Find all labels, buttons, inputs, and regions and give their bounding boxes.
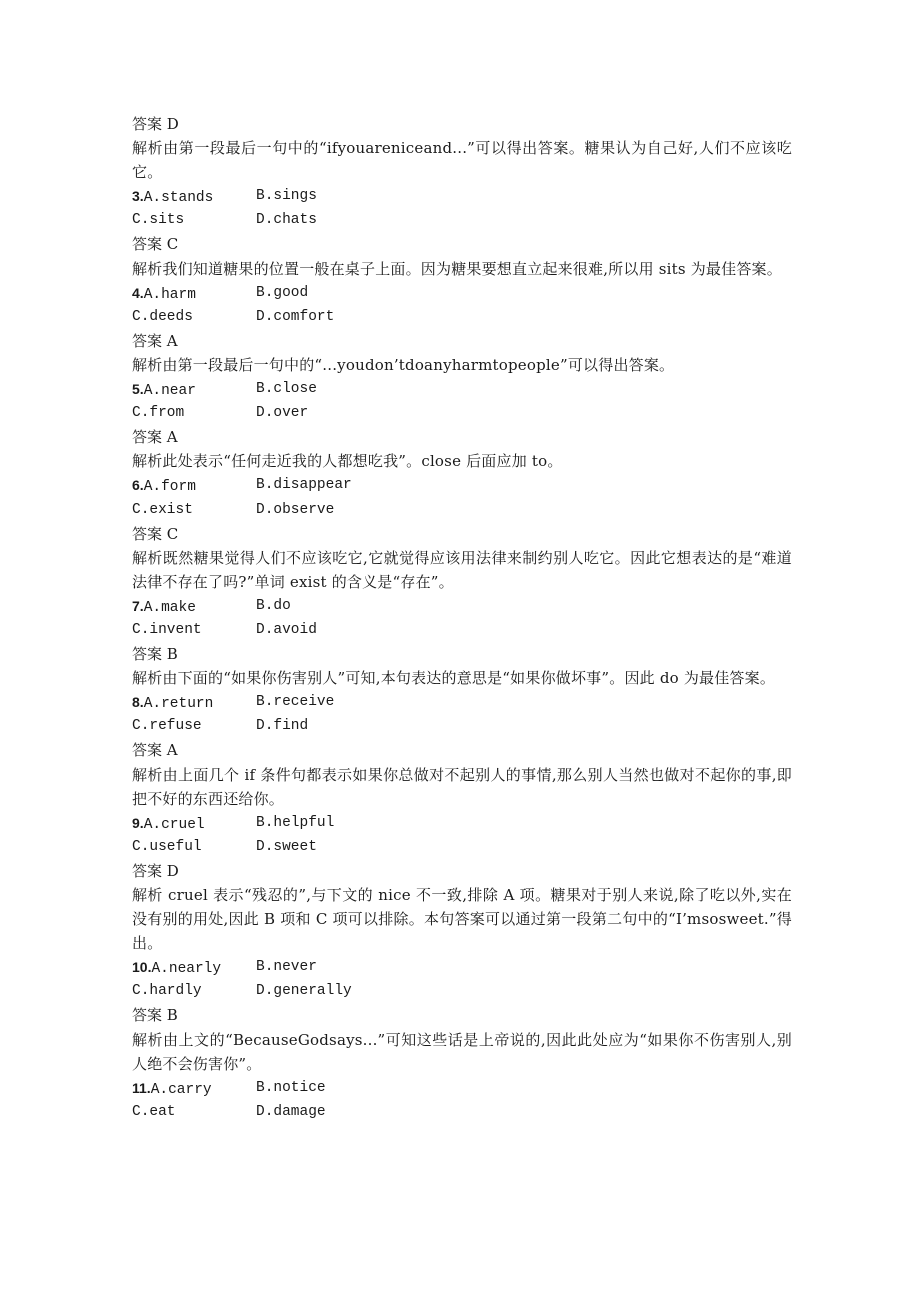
answer-label: 答案 C bbox=[132, 522, 792, 546]
question-7-options-row-2: C.invent D.avoid bbox=[132, 618, 792, 642]
question-number: 3. bbox=[132, 188, 144, 204]
answer-label: 答案 B bbox=[132, 1003, 792, 1027]
option-c: C.deeds bbox=[132, 305, 256, 329]
option-b: B.good bbox=[256, 281, 308, 305]
option-b: B.receive bbox=[256, 690, 334, 714]
question-6-options-row-2: C.exist D.observe bbox=[132, 498, 792, 522]
option-a: A.near bbox=[144, 383, 196, 399]
analysis-text: 解析由下面的“如果你伤害别人”可知,本句表达的意思是“如果你做坏事”。因此 do… bbox=[132, 666, 792, 690]
question-number: 4. bbox=[132, 285, 144, 301]
question-number: 7. bbox=[132, 598, 144, 614]
answer-label: 答案 B bbox=[132, 642, 792, 666]
question-11-options-row-1: 11.A.carry B.notice bbox=[132, 1076, 792, 1100]
option-b: B.do bbox=[256, 594, 291, 618]
question-7-options-row-1: 7.A.make B.do bbox=[132, 594, 792, 618]
option-d: D.over bbox=[256, 401, 308, 425]
question-9-options-row-2: C.useful D.sweet bbox=[132, 835, 792, 859]
option-c: C.eat bbox=[132, 1100, 256, 1124]
option-c: C.sits bbox=[132, 208, 256, 232]
option-d: D.damage bbox=[256, 1100, 326, 1124]
option-b: B.notice bbox=[256, 1076, 326, 1100]
option-c: C.exist bbox=[132, 498, 256, 522]
question-4-options-row-2: C.deeds D.comfort bbox=[132, 305, 792, 329]
option-a: A.make bbox=[144, 600, 196, 616]
option-a: A.cruel bbox=[144, 817, 205, 833]
option-b: B.disappear bbox=[256, 473, 352, 497]
option-d: D.comfort bbox=[256, 305, 334, 329]
answer-label: 答案 A bbox=[132, 425, 792, 449]
option-d: D.sweet bbox=[256, 835, 317, 859]
question-number: 9. bbox=[132, 815, 144, 831]
option-a: A.stands bbox=[144, 190, 214, 206]
question-11-options-row-2: C.eat D.damage bbox=[132, 1100, 792, 1124]
document-page: 答案 D 解析由第一段最后一句中的“ifyouareniceand...”可以得… bbox=[132, 112, 792, 1124]
option-a: A.return bbox=[144, 696, 214, 712]
answer-label: 答案 D bbox=[132, 112, 792, 136]
question-10-options-row-2: C.hardly D.generally bbox=[132, 979, 792, 1003]
question-number: 10. bbox=[132, 959, 151, 975]
option-c: C.hardly bbox=[132, 979, 256, 1003]
analysis-text: 解析由上文的“BecauseGodsays...”可知这些话是上帝说的,因此此处… bbox=[132, 1028, 792, 1076]
analysis-text: 解析既然糖果觉得人们不应该吃它,它就觉得应该用法律来制约别人吃它。因此它想表达的… bbox=[132, 546, 792, 594]
option-b: B.close bbox=[256, 377, 317, 401]
option-a: A.form bbox=[144, 479, 196, 495]
option-c: C.useful bbox=[132, 835, 256, 859]
question-5-options-row-1: 5.A.near B.close bbox=[132, 377, 792, 401]
option-c: C.invent bbox=[132, 618, 256, 642]
question-8-options-row-2: C.refuse D.find bbox=[132, 714, 792, 738]
question-3-options-row-1: 3.A.stands B.sings bbox=[132, 184, 792, 208]
question-number: 8. bbox=[132, 694, 144, 710]
option-a: A.harm bbox=[144, 287, 196, 303]
analysis-text: 解析我们知道糖果的位置一般在桌子上面。因为糖果要想直立起来很难,所以用 sits… bbox=[132, 257, 792, 281]
option-c: C.from bbox=[132, 401, 256, 425]
analysis-text: 解析此处表示“任何走近我的人都想吃我”。close 后面应加 to。 bbox=[132, 449, 792, 473]
option-d: D.chats bbox=[256, 208, 317, 232]
question-10-options-row-1: 10.A.nearly B.never bbox=[132, 955, 792, 979]
option-d: D.find bbox=[256, 714, 308, 738]
option-b: B.never bbox=[256, 955, 317, 979]
question-3-options-row-2: C.sits D.chats bbox=[132, 208, 792, 232]
question-5-options-row-2: C.from D.over bbox=[132, 401, 792, 425]
option-c: C.refuse bbox=[132, 714, 256, 738]
answer-label: 答案 D bbox=[132, 859, 792, 883]
option-a: A.carry bbox=[151, 1082, 212, 1098]
option-d: D.avoid bbox=[256, 618, 317, 642]
answer-label: 答案 A bbox=[132, 329, 792, 353]
question-9-options-row-1: 9.A.cruel B.helpful bbox=[132, 811, 792, 835]
question-number: 5. bbox=[132, 381, 144, 397]
question-6-options-row-1: 6.A.form B.disappear bbox=[132, 473, 792, 497]
analysis-text: 解析 cruel 表示“残忍的”,与下文的 nice 不一致,排除 A 项。糖果… bbox=[132, 883, 792, 955]
question-number: 6. bbox=[132, 477, 144, 493]
answer-label: 答案 A bbox=[132, 738, 792, 762]
analysis-text: 解析由上面几个 if 条件句都表示如果你总做对不起别人的事情,那么别人当然也做对… bbox=[132, 763, 792, 811]
option-b: B.sings bbox=[256, 184, 317, 208]
option-b: B.helpful bbox=[256, 811, 334, 835]
option-d: D.generally bbox=[256, 979, 352, 1003]
option-a: A.nearly bbox=[151, 961, 221, 977]
question-4-options-row-1: 4.A.harm B.good bbox=[132, 281, 792, 305]
question-8-options-row-1: 8.A.return B.receive bbox=[132, 690, 792, 714]
question-number: 11. bbox=[132, 1080, 151, 1096]
answer-label: 答案 C bbox=[132, 232, 792, 256]
option-d: D.observe bbox=[256, 498, 334, 522]
analysis-text: 解析由第一段最后一句中的“ifyouareniceand...”可以得出答案。糖… bbox=[132, 136, 792, 184]
analysis-text: 解析由第一段最后一句中的“...youdon’tdoanyharmtopeopl… bbox=[132, 353, 792, 377]
